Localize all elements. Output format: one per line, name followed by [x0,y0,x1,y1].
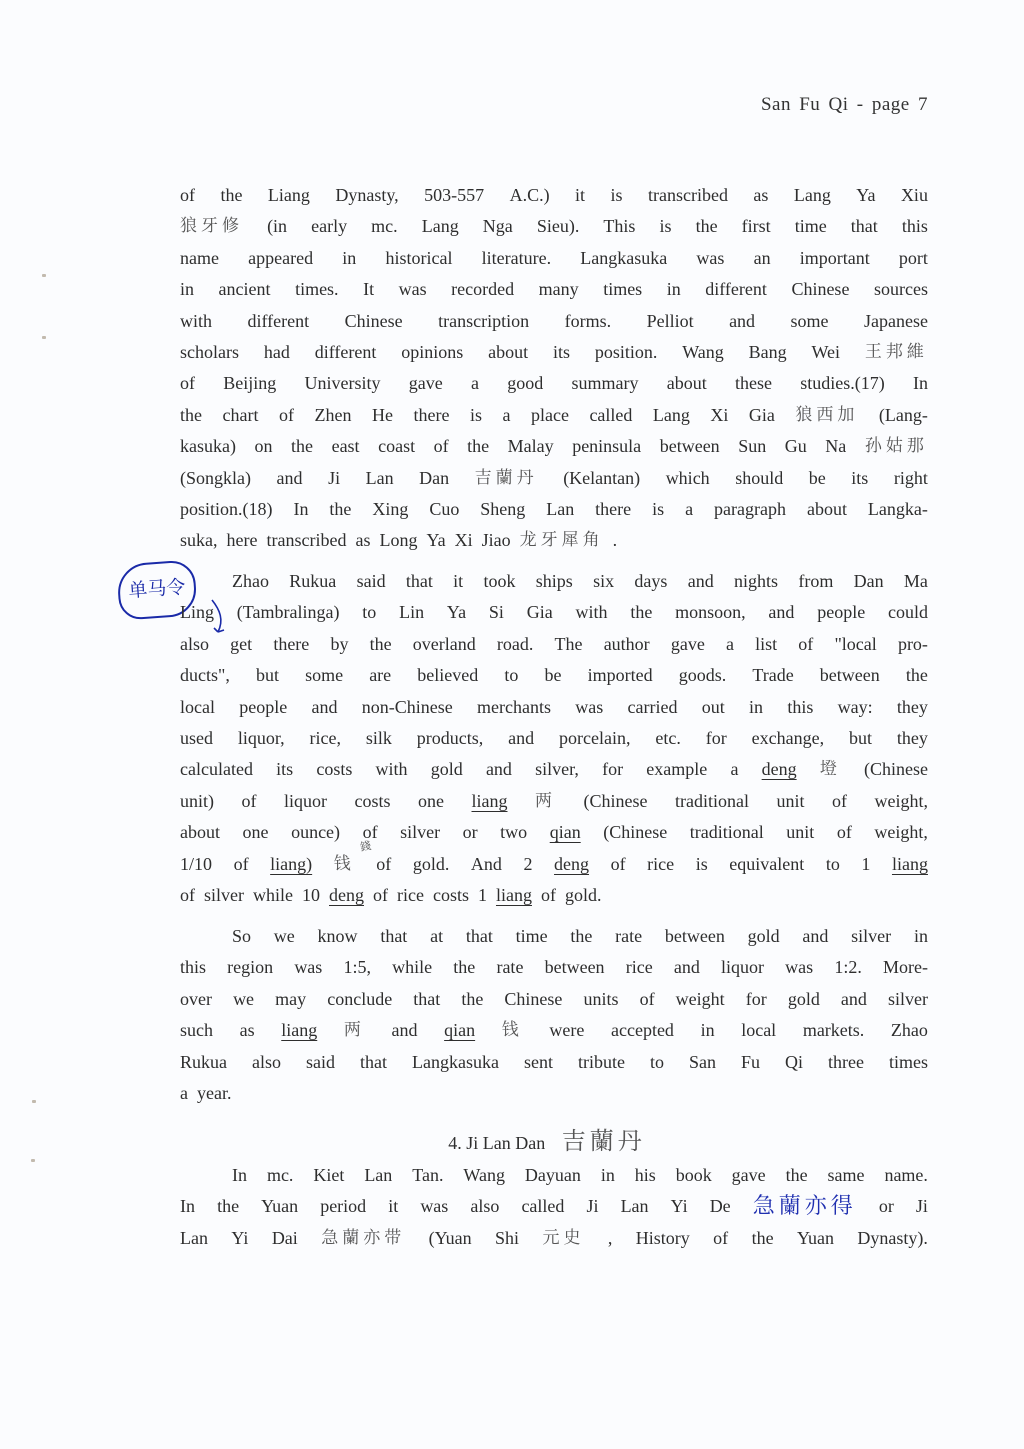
word: is [652,494,664,525]
word: kasuka) [180,431,236,462]
word: in [667,274,681,305]
word: had [264,337,290,368]
word: place [531,400,569,431]
word: between [820,660,880,691]
word: gave [671,629,705,660]
word: Trade [752,660,793,691]
word: many [539,274,579,305]
word: which [666,463,710,494]
word: ounce) [291,817,340,848]
word: his [635,1160,656,1191]
word: Cuo [429,494,459,525]
word: about [488,337,528,368]
word: local [741,1015,776,1046]
word: Langkasuka [580,243,667,274]
word: Wei [811,337,840,368]
word: Lan [621,1191,649,1222]
word: Xi [455,525,473,556]
word: tribute [578,1047,625,1078]
word: its [276,754,293,785]
word: but [256,660,279,691]
word: silk [366,723,392,754]
word: to [650,1047,664,1078]
scan-speck [31,1159,35,1162]
text-line: RukuaalsosaidthatLangkasukasenttributeto… [180,1047,928,1078]
underlined-term: liang) [270,849,312,880]
word: gold. [413,849,450,880]
text-line: suchasliang两andqian钱wereacceptedinlocalm… [180,1015,928,1046]
word: that [380,921,407,952]
word: carried [628,692,678,723]
word: its [553,337,570,368]
word: Fu [741,1047,760,1078]
word: Xing [372,494,408,525]
underlined-term: liang [472,786,508,817]
word: one [243,817,269,848]
word: Nga [483,211,513,242]
running-header: San Fu Qi - page 7 [761,94,928,116]
word: first [742,211,771,242]
word: there [413,400,449,431]
word: believed [417,660,478,691]
word: a [726,629,734,660]
word: of [611,849,626,880]
word: historical [385,243,452,274]
word: transcribed [648,180,728,211]
word: gold [431,754,463,785]
text-line: (Songkla)andJiLanDan吉蘭丹(Kelantan)whichsh… [180,463,928,494]
text-line: withdifferentChinesetranscriptionforms.P… [180,306,928,337]
word: road. [497,629,533,660]
word: Malay [508,431,554,462]
word: More- [883,952,928,983]
word: 10 [302,880,320,911]
word: (Tambralinga) [237,597,340,628]
word: Ya [856,180,875,211]
text-line: LanYiDai急蘭亦带(YuanShi元史,HistoryoftheYuanD… [180,1223,928,1254]
word: the [180,400,202,431]
word: In [180,1191,195,1222]
word: Chinese [791,274,849,305]
word: between [660,431,720,462]
word: gold [788,984,820,1015]
word: Zhao [232,566,269,597]
word: good [507,368,543,399]
word: Liang [268,180,310,211]
word: of [373,880,388,911]
word: unit [776,786,804,817]
word: in [914,921,928,952]
word: in [180,274,194,305]
word: Japanese [864,306,928,337]
word: these [735,368,772,399]
word: the [630,597,652,628]
word: Lan [364,1160,392,1191]
word: This [603,211,635,242]
word: is [696,849,708,880]
word: products, [417,723,484,754]
word: Wang [682,337,724,368]
word: in [342,243,356,274]
word: three [828,1047,864,1078]
word: of [832,786,847,817]
word: or [463,817,478,848]
word: the [329,494,351,525]
text-line: Inmc.KietLanTan.WangDayuaninhisbookgavet… [180,1160,928,1191]
word: by [330,629,348,660]
word: name. [884,1160,927,1191]
text-line: IntheYuanperioditwasalsocalledJiLanYiDe急… [180,1191,928,1222]
word: position.(18) [180,494,273,525]
word: also [180,629,209,660]
word: that [360,1047,387,1078]
underlined-term: qian [550,817,581,848]
word: Zhen [314,400,351,431]
word: and [802,921,828,952]
word: accepted [611,1015,674,1046]
word: Dan [419,463,449,494]
word: gold. [565,880,602,911]
word: Jiao [482,525,511,556]
word: coast [378,431,415,462]
word: weight, [874,817,928,848]
word: of [180,880,195,911]
word: there [273,629,309,660]
word: is [470,400,482,431]
word: Wang [463,1160,505,1191]
word: region [227,952,273,983]
handwritten-chinese: 龙牙犀角 [520,525,604,556]
word: unit [786,817,814,848]
word: pro- [898,629,928,660]
word: literature. [482,243,551,274]
handwritten-chinese: 孙姑那 [865,431,928,462]
word: gold [748,921,780,952]
word: such [180,1015,213,1046]
word: different [315,337,377,368]
word: some [305,660,343,691]
word: with [180,306,212,337]
word: Dai [272,1223,298,1254]
word: while [392,952,432,983]
handwritten-chinese: 两 [535,786,556,817]
word: some [791,306,829,337]
word: different [248,306,310,337]
word: porcelain, [559,723,630,754]
word: forms. [565,306,612,337]
word: He [372,400,393,431]
word: Yuan [797,1223,834,1254]
word: of [242,786,257,817]
word: Ya [426,525,445,556]
word: (Kelantan) [563,463,640,494]
word: to [362,597,376,628]
word: costs [433,880,469,911]
word: but [849,723,872,754]
word: etc. [655,723,680,754]
word: there [595,494,631,525]
word: Lang [653,400,690,431]
word: Zhao [891,1015,928,1046]
text-line: ofBeijingUniversitygaveagoodsummaryabout… [180,368,928,399]
word: 1/10 [180,849,212,880]
word: important [800,243,870,274]
word: liquor, [238,723,285,754]
word: Na [825,431,846,462]
word: weight, [874,786,928,817]
word: also [470,1191,499,1222]
word: a [730,754,738,785]
word: Ji [328,463,340,494]
text-line: oftheLiangDynasty,503-557A.C.)itistransc… [180,180,928,211]
word: Beijing [223,368,276,399]
word: and [768,597,794,628]
word: and [392,1015,418,1046]
word: rate [615,921,642,952]
word: and [674,952,700,983]
word: or [879,1191,894,1222]
word: Dynasty). [857,1223,928,1254]
handwritten-chinese-blue: 急蘭亦得 [753,1191,857,1222]
word: and [277,463,303,494]
word: the [467,431,489,462]
word: the [453,952,475,983]
handwritten-chinese: 吉蘭丹 [475,463,538,494]
word: year. [197,1078,231,1109]
word: time [516,921,548,952]
word: with [576,597,608,628]
word: of [434,431,449,462]
word: Lin [399,597,424,628]
word: Xiu [901,180,928,211]
word: rice [626,952,653,983]
word: time [795,211,827,242]
word: Gia [749,400,775,431]
handwritten-chinese: 墱 [820,754,841,785]
word: (Yuan [429,1223,472,1254]
word: Gu [785,431,807,462]
paragraph-langkasuka: oftheLiangDynasty,503-557A.C.)itistransc… [180,180,928,557]
word: that [851,211,878,242]
word: It [363,274,374,305]
word: Langkasuka [412,1047,499,1078]
word: early [311,211,347,242]
word: the [220,180,242,211]
word: about [807,494,847,525]
word: rice [397,880,424,911]
word: Lan [180,1223,208,1254]
word: position. [595,337,658,368]
word: liquor [721,952,764,983]
section-number: 4. [448,1133,462,1153]
word: costs [316,754,352,785]
word: was [294,952,322,983]
handwritten-chinese: 两 [344,1015,365,1046]
word: a [471,368,479,399]
word: (in [267,211,287,242]
word: liquor [284,786,327,817]
word: the [570,921,592,952]
word: University [305,368,381,399]
handwritten-chinese: 元史 [542,1223,584,1254]
word: The [555,629,583,660]
word: the [217,1191,239,1222]
word: So [232,921,251,952]
underlined-term: liang [892,849,928,880]
word: suka, [180,525,218,556]
word: as [355,525,370,556]
word: times [603,274,642,305]
word: is [611,180,623,211]
word: Shi [495,1223,519,1254]
word: about [667,368,707,399]
word: summary [571,368,638,399]
word: Sheng [480,494,525,525]
word: the [461,984,483,1015]
word: unit) [180,786,214,817]
word: took [483,566,515,597]
text-line: Soweknowthatatthattimetheratebetweengold… [180,921,928,952]
word: local [180,692,215,723]
word: with [376,754,408,785]
word: Chinese [345,306,403,337]
word: silver [851,921,891,952]
word: know [318,921,358,952]
word: Sun [738,431,766,462]
word: author [604,629,650,660]
word: was [575,692,603,723]
handwritten-chinese: 钱 [502,1015,523,1046]
word: its [851,463,868,494]
word: In [232,1160,247,1191]
word: units [584,984,619,1015]
word: the [696,211,718,242]
word: we [233,984,254,1015]
word: list [755,629,777,660]
word: Ji [586,1191,598,1222]
text-line: thisregionwas1:5,whiletheratebetweenrice… [180,952,928,983]
word: the [370,629,392,660]
word: . [613,525,618,556]
word: is [659,211,671,242]
word: period [320,1191,366,1222]
word: one [418,786,444,817]
word: silver [204,880,244,911]
text-line: unit)ofliquorcostsoneliang两(Chinesetradi… [180,786,928,817]
word: Sieu). [537,211,580,242]
word: recorded [451,274,514,305]
word: , [608,1223,613,1254]
paragraph-ji-lan-dan: Inmc.KietLanTan.WangDayuaninhisbookgavet… [180,1160,928,1254]
paragraph-gold-silver-rate: Soweknowthatatthattimetheratebetweengold… [180,921,928,1109]
word: of [713,1223,728,1254]
word: get [230,629,252,660]
word: Lang [422,211,459,242]
word: right [894,463,928,494]
word: (Chinese [603,817,667,848]
word: east [332,431,360,462]
word: that [466,921,493,952]
word: Dan [854,566,884,597]
word: San [689,1047,716,1078]
word: be [545,660,562,691]
word: over [180,984,212,1015]
scan-speck [42,274,46,277]
word: a [180,1078,188,1109]
word: as [240,1015,255,1046]
text-line: scholarshaddifferentopinionsaboutitsposi… [180,337,928,368]
word: of [376,849,391,880]
text-line: aboutoneounce)ofsilverortwoqian(Chineset… [180,817,928,848]
word: chart [223,400,259,431]
word: Chinese [504,984,562,1015]
word: A.C.) [510,180,550,211]
section-title: Ji Lan Dan [466,1133,545,1153]
word: about [180,817,220,848]
word: rice [647,849,674,880]
word: scholars [180,337,239,368]
text-line: inancienttimes.Itwasrecordedmanytimesind… [180,274,928,305]
word: 1:2. [834,952,862,983]
word: between [665,921,725,952]
word: that [406,566,433,597]
text-line: ayear. [180,1078,928,1109]
word: rate [496,952,523,983]
word: Yuan [261,1191,298,1222]
word: Kiet [313,1160,344,1191]
word: same [828,1160,865,1191]
word: exchange, [752,723,824,754]
text-line: suka,heretranscribedasLongYaXiJiao龙牙犀角. [180,525,928,556]
word: Lan [546,494,574,525]
word: and [841,984,867,1015]
word: merchants [477,692,551,723]
word: Ji [916,1191,928,1222]
word: an [754,243,771,274]
word: of [234,849,249,880]
word: 503-557 [424,180,484,211]
word: mc. [371,211,398,242]
word: ancient [219,274,271,305]
word: Ya [447,597,466,628]
word: and [508,723,534,754]
word: was [420,1191,448,1222]
text-line: ofsilverwhile10dengofricecosts1liangofgo… [180,880,928,911]
word: De [710,1191,731,1222]
underlined-term: deng [762,754,797,785]
word: it [388,1191,398,1222]
word: used [180,723,213,754]
word: Yi [231,1223,248,1254]
word: Long [379,525,417,556]
text-line: kasuka)ontheeastcoastoftheMalaypeninsula… [180,431,928,462]
word: this [787,692,813,723]
word: and [688,566,714,597]
word: name [180,243,219,274]
word: in [749,692,763,723]
handwritten-chinese: 急蘭亦带 [321,1223,405,1254]
word: in [601,1160,615,1191]
section-title-chinese: 吉蘭丹 [562,1127,646,1155]
underlined-term: liang [496,880,532,911]
word: 2 [523,849,532,880]
word: from [798,566,833,597]
word: monsoon, [675,597,746,628]
word: days [634,566,667,597]
word: Dynasty, [335,180,398,211]
word: should [735,463,783,494]
word: calculated [180,754,253,785]
